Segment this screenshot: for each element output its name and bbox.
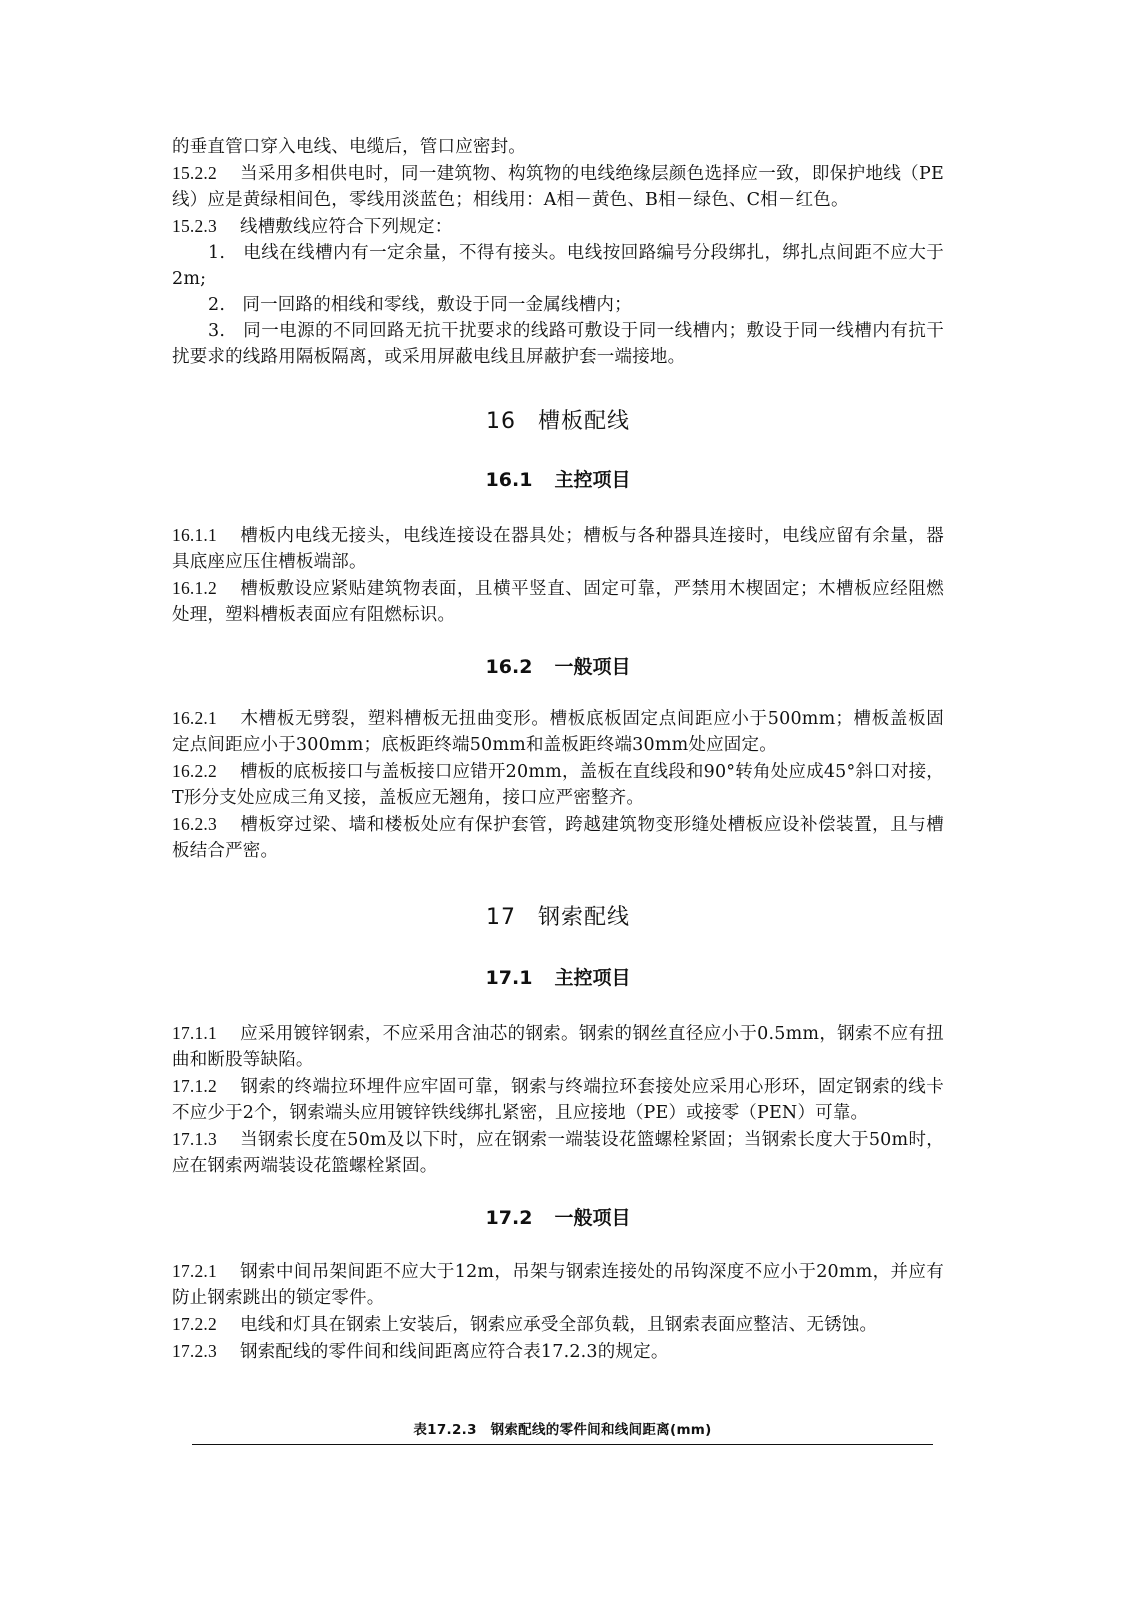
chapter-16-heading: 16槽板配线 — [172, 404, 944, 435]
section-16-2-heading: 16.2一般项目 — [172, 652, 944, 679]
section-17-2-heading: 17.2一般项目 — [172, 1203, 944, 1230]
section-17-1-heading: 17.1主控项目 — [172, 963, 944, 990]
clause-number: 15.2.2 — [172, 160, 240, 186]
clause-15-2-2: 15.2.2当采用多相供电时，同一建筑物、构筑物的电线绝缘层颜色选择应一致，即保… — [172, 160, 944, 213]
list-number: 1. — [208, 243, 225, 263]
clause-16-1-1: 16.1.1槽板内电线无接头，电线连接设在器具处；槽板与各种器具连接时，电线应留… — [172, 522, 944, 575]
clause-17-1-2: 17.1.2钢索的终端拉环埋件应牢固可靠，钢索与终端拉环套接处应采用心形环，固定… — [172, 1073, 944, 1126]
clause-text: 线槽敷线应符合下列规定： — [240, 217, 452, 237]
clause-17-2-3: 17.2.3钢索配线的零件间和线间距离应符合表17.2.3的规定。 — [172, 1338, 944, 1365]
table-caption: 表17.2.3 钢索配线的零件间和线间距离(mm) — [192, 1418, 933, 1438]
clause-16-2-2: 16.2.2槽板的底板接口与盖板接口应错开20mm，盖板在直线段和90°转角处应… — [172, 758, 944, 811]
clause-16-2-3: 16.2.3槽板穿过梁、墙和楼板处应有保护套管，跨越建筑物变形缝处槽板应设补偿装… — [172, 811, 944, 864]
list-text: 同一回路的相线和零线，敷设于同一金属线槽内； — [242, 295, 631, 315]
clause-16-2-1: 16.2.1木槽板无劈裂，塑料槽板无扭曲变形。槽板底板固定点间距应小于500mm… — [172, 705, 944, 758]
clause-17-2-2: 17.2.2电线和灯具在钢索上安装后，钢索应承受全部负载，且钢索表面应整洁、无锈… — [172, 1311, 944, 1338]
list-item-1: 1. 电线在线槽内有一定余量，不得有接头。电线按回路编号分段绑扎，绑扎点间距不应… — [172, 240, 944, 292]
document-page: 的垂直管口穿入电线、电缆后，管口应密封。 15.2.2当采用多相供电时，同一建筑… — [172, 134, 944, 1365]
list-item-2: 2. 同一回路的相线和零线，敷设于同一金属线槽内； — [172, 292, 944, 318]
section-16-1-heading: 16.1主控项目 — [172, 465, 944, 492]
list-item-3: 3. 同一电源的不同回路无抗干扰要求的线路可敷设于同一线槽内；敷设于同一线槽内有… — [172, 318, 944, 370]
clause-15-2-3: 15.2.3线槽敷线应符合下列规定： — [172, 213, 944, 240]
list-text: 电线在线槽内有一定余量，不得有接头。电线按回路编号分段绑扎，绑扎点间距不应大于2… — [172, 243, 944, 289]
chapter-17-heading: 17钢索配线 — [172, 900, 944, 931]
table-top-rule — [192, 1444, 933, 1445]
list-text: 同一电源的不同回路无抗干扰要求的线路可敷设于同一线槽内；敷设于同一线槽内有抗干扰… — [172, 321, 944, 367]
list-number: 3. — [208, 321, 225, 341]
clause-16-1-2: 16.1.2槽板敷设应紧贴建筑物表面，且横平竖直、固定可靠，严禁用木楔固定；木槽… — [172, 575, 944, 628]
clause-17-1-1: 17.1.1应采用镀锌钢索，不应采用含油芯的钢索。钢索的钢丝直径应小于0.5mm… — [172, 1020, 944, 1073]
list-number: 2. — [208, 295, 225, 315]
clause-number: 15.2.3 — [172, 213, 240, 239]
clause-text: 当采用多相供电时，同一建筑物、构筑物的电线绝缘层颜色选择应一致，即保护地线（PE… — [172, 164, 944, 210]
continuation-paragraph: 的垂直管口穿入电线、电缆后，管口应密封。 — [172, 134, 944, 160]
clause-17-2-1: 17.2.1钢索中间吊架间距不应大于12m，吊架与钢索连接处的吊钩深度不应小于2… — [172, 1258, 944, 1311]
clause-17-1-3: 17.1.3当钢索长度在50m及以下时，应在钢索一端装设花篮螺栓紧固；当钢索长度… — [172, 1126, 944, 1179]
